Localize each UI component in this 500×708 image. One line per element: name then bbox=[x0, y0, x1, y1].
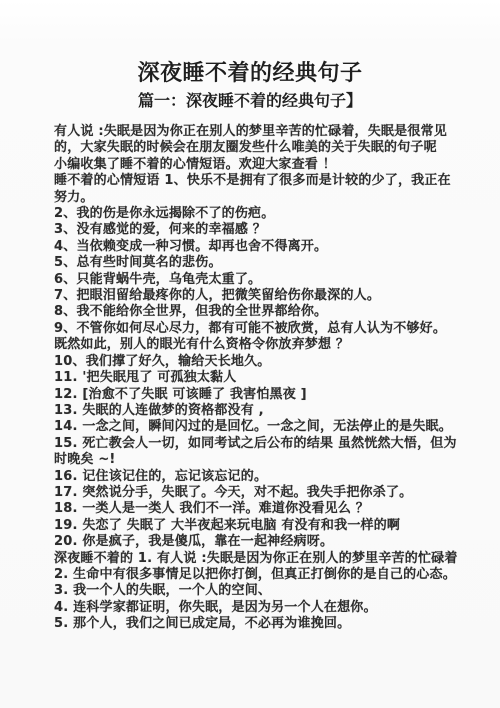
text-line: 16. 记住该记住的，忘记该忘记的。 bbox=[54, 469, 450, 485]
text-line: 9、不管你如何尽心尽力，都有可能不被欣赏，总有人认为不够好。 bbox=[54, 321, 450, 337]
text-line: 努力。 bbox=[54, 190, 450, 206]
text-line: 4. 连科学家都证明，你失眠，是因为另一个人在想你。 bbox=[54, 600, 450, 616]
text-line: 19. 失恋了 失眠了 大半夜起来玩电脑 有没有和我一样的啊 bbox=[54, 518, 450, 534]
section-subtitle: 篇一：深夜睡不着的经典句子】 bbox=[0, 90, 500, 112]
text-line: 既然如此，别人的眼光有什么资格令你放弃梦想 ？ bbox=[54, 337, 450, 353]
text-line: 4、当依赖变成一种习惯。却再也舍不得离开。 bbox=[54, 239, 450, 255]
text-line: 2、我的伤是你永远揭除不了的伤疤。 bbox=[54, 206, 450, 222]
text-line: 12. [治愈不了失眠 可该睡了 我害怕黑夜 ] bbox=[54, 387, 450, 403]
text-line: 5、总有些时间莫名的悲伤。 bbox=[54, 255, 450, 271]
document-page: 深夜睡不着的经典句子 篇一：深夜睡不着的经典句子】 有人说 :失眠是因为你正在别… bbox=[0, 0, 500, 708]
document-body: 有人说 :失眠是因为你正在别人的梦里辛苦的忙碌着，失眠是很常见 的，大家失眠的时… bbox=[54, 124, 450, 633]
text-line: 的，大家失眠的时候会在朋友圈发些什么唯美的关于失眠的句子呢 bbox=[54, 140, 450, 156]
text-line: 深夜睡不着的 1. 有人说 :失眠是因为你正在别人的梦里辛苦的忙碌着 bbox=[54, 551, 450, 567]
text-line: 7、把眼泪留给最疼你的人，把微笑留给伤你最深的人。 bbox=[54, 288, 450, 304]
text-line: 10、我们撑了好久，输给天长地久。 bbox=[54, 354, 450, 370]
text-line: 时晚矣 ~! bbox=[54, 452, 450, 468]
text-line: 8、我不能给你全世界，但我的全世界都给你。 bbox=[54, 304, 450, 320]
text-line: 20. 你是疯子，我是傻瓜，靠在一起神经病呀。 bbox=[54, 534, 450, 550]
text-line: 有人说 :失眠是因为你正在别人的梦里辛苦的忙碌着，失眠是很常见 bbox=[54, 124, 450, 140]
text-line: 15. 死亡教会人一切，如同考试之后公布的结果 虽然恍然大悟，但为 bbox=[54, 436, 450, 452]
text-line: 18. 一类人是一类人 我们不一洋。难道你没看见么 ？ bbox=[54, 501, 450, 517]
page-title: 深夜睡不着的经典句子 bbox=[0, 60, 500, 88]
text-line: 3、没有感觉的爱，何来的幸福感 ？ bbox=[54, 222, 450, 238]
text-line: 睡不着的心情短语 1、快乐不是拥有了很多而是计较的少了，我正在 bbox=[54, 173, 450, 189]
text-line: 11. '把失眠甩了 可孤独太黏人 bbox=[54, 370, 450, 386]
text-line: 14. 一念之间，瞬间闪过的是回忆。一念之间，无法停止的是失眠。 bbox=[54, 419, 450, 435]
text-line: 5. 那个人，我们之间已成定局，不必再为谁挽回。 bbox=[54, 616, 450, 632]
text-line: 13. 失眠的人连做梦的资格都没有 , bbox=[54, 403, 450, 419]
text-line: 3. 我一个人的失眠，一个人的空间、 bbox=[54, 583, 450, 599]
text-line: 17. 突然说分手，失眠了。今天，对不起。我失手把你杀了。 bbox=[54, 485, 450, 501]
text-line: 2. 生命中有很多事情足以把你打倒，但真正打倒你的是自己的心态。 bbox=[54, 567, 450, 583]
text-line: 小编收集了睡不着的心情短语。欢迎大家查看 ！ bbox=[54, 157, 450, 173]
text-line: 6、只能背蜗牛壳，乌龟壳太重了。 bbox=[54, 272, 450, 288]
